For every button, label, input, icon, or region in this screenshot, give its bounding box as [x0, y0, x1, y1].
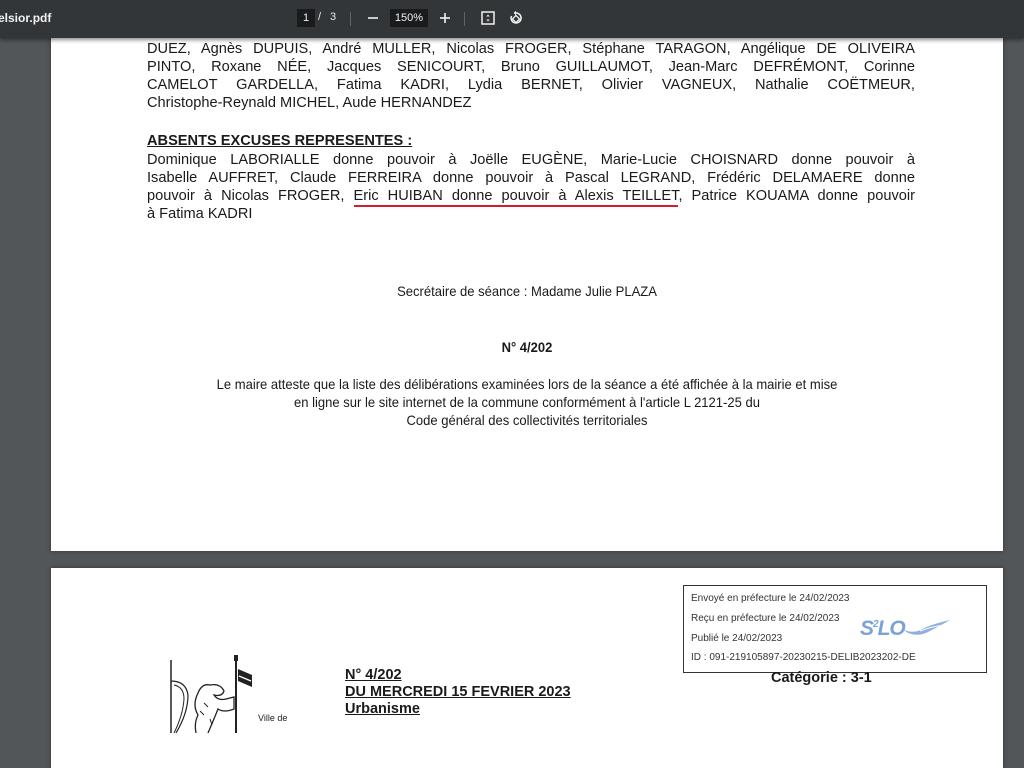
header-number: N° 4/202 — [345, 667, 571, 684]
header-subject: Urbanisme — [345, 701, 571, 718]
pdf-page-1: DUEZ, Agnès DUPUIS, André MULLER, Nicola… — [51, 18, 1003, 551]
page-separator: / — [318, 11, 321, 23]
zoom-in-button[interactable] — [435, 8, 455, 28]
pdf-toolbar: elsior.pdf / 3 150% — [0, 0, 1024, 38]
absents-heading: ABSENTS EXCUSES REPRESENTES : — [147, 133, 412, 149]
deliberation-number: N° 4/202 — [84, 339, 969, 355]
rotate-button[interactable] — [506, 8, 526, 28]
stamp-sent: Envoyé en préfecture le 24/02/2023 — [691, 593, 849, 604]
attestation-line: Le maire atteste que la liste des délibé… — [84, 375, 969, 393]
absents-text: , Patrice KOUAMA donne pouvoir — [678, 188, 915, 204]
zoom-out-button[interactable] — [363, 8, 383, 28]
absents-list: Dominique LABORIALLE donne pouvoir à Joë… — [147, 151, 915, 223]
s2lo-wing-icon — [900, 619, 952, 637]
session-secretary: Secrétaire de séance : Madame Julie PLAZ… — [84, 283, 969, 299]
stamp-received: Reçu en préfecture le 24/02/2023 — [691, 613, 839, 624]
s2lo-logo: S2LO — [860, 617, 905, 641]
fit-to-page-icon — [480, 10, 496, 26]
fit-to-page-button[interactable] — [478, 8, 498, 28]
absents-text: pouvoir à Nicolas FROGER, — [147, 188, 354, 204]
toolbar-divider — [350, 12, 351, 26]
stamp-id: ID : 091-219105897-20230215-DELIB2023202… — [691, 652, 916, 663]
present-line: PINTO, Roxane NÉE, Jacques SENICOURT, Br… — [147, 58, 915, 76]
highlighted-proxy: Eric HUIBAN donne pouvoir à Alexis TEILL… — [354, 188, 679, 207]
city-label: Ville de — [258, 713, 287, 723]
present-line: CAMELOT GARDELLA, Fatima KADRI, Lydia BE… — [147, 76, 915, 94]
category-label: Catégorie : 3-1 — [771, 670, 872, 686]
page-number-input[interactable] — [297, 9, 315, 27]
header-date: DU MERCREDI 15 FEVRIER 2023 — [345, 684, 571, 701]
rotate-icon — [508, 10, 524, 26]
toolbar-divider — [464, 12, 465, 26]
present-line: DUEZ, Agnès DUPUIS, André MULLER, Nicola… — [147, 40, 915, 58]
attestation-line: en ligne sur le site internet de la comm… — [84, 393, 969, 411]
pdf-page-2: Envoyé en préfecture le 24/02/2023 Reçu … — [51, 568, 1003, 727]
page-total: 3 — [330, 11, 336, 23]
deliberation-header: N° 4/202 DU MERCREDI 15 FEVRIER 2023 Urb… — [345, 667, 571, 718]
document-filename: elsior.pdf — [0, 11, 51, 25]
present-members-list: DUEZ, Agnès DUPUIS, André MULLER, Nicola… — [147, 40, 915, 112]
plus-icon — [439, 12, 451, 24]
prefecture-stamp: Envoyé en préfecture le 24/02/2023 Reçu … — [683, 585, 987, 673]
absents-line: à Fatima KADRI — [147, 205, 915, 223]
zoom-level-field[interactable]: 150% — [390, 9, 428, 27]
present-line: Christophe-Reynald MICHEL, Aude HERNANDE… — [147, 94, 915, 112]
pdf-viewer[interactable]: DUEZ, Agnès DUPUIS, André MULLER, Nicola… — [0, 38, 1024, 727]
absents-line: Isabelle AUFFRET, Claude FERREIRA donne … — [147, 169, 915, 187]
absents-line: Dominique LABORIALLE donne pouvoir à Joë… — [147, 151, 915, 169]
logo-s: S — [860, 617, 873, 640]
city-crest-icon — [164, 653, 260, 727]
attestation-line: Code général des collectivités territori… — [84, 411, 969, 429]
minus-icon — [367, 12, 379, 24]
absents-line: pouvoir à Nicolas FROGER, Eric HUIBAN do… — [147, 187, 915, 205]
stamp-published: Publié le 24/02/2023 — [691, 633, 782, 644]
attestation-text: Le maire atteste que la liste des délibé… — [84, 375, 969, 429]
